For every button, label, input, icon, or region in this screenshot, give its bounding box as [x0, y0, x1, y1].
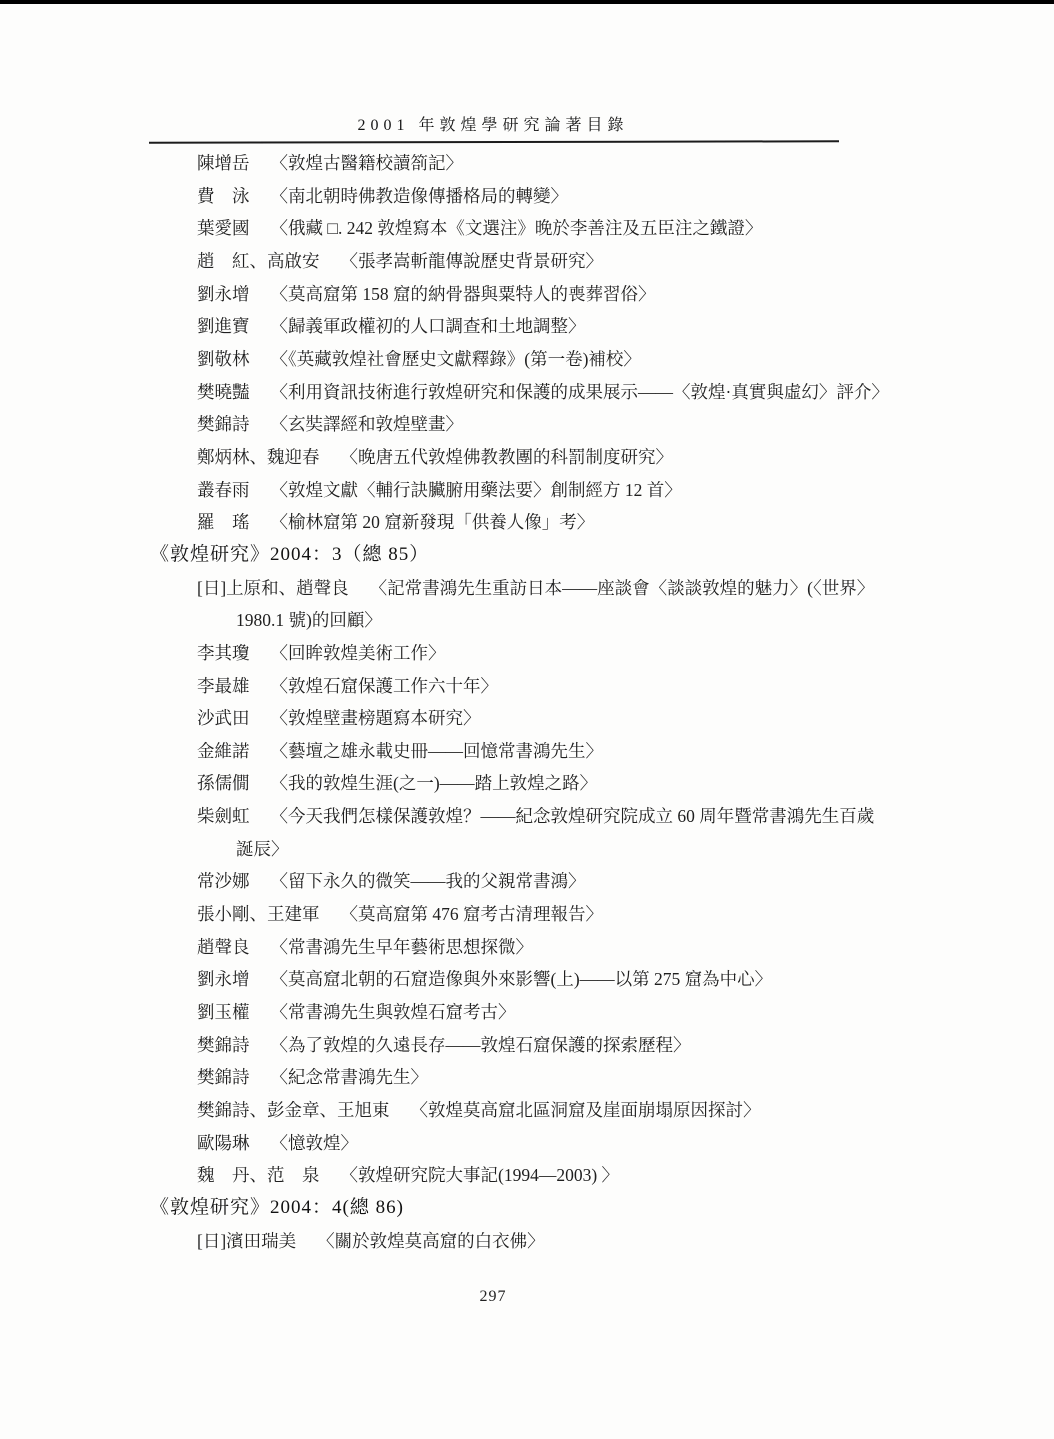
entry-title: 〈《英藏敦煌社會歷史文獻釋錄》(第一卷)補校〉 [271, 349, 641, 369]
bibliography-entry: 陳增岳〈敦煌古醫籍校讀箚記〉 [0, 147, 1054, 180]
bibliography-entry: 劉永增〈莫高窟第 158 窟的納骨器與粟特人的喪葬習俗〉 [0, 278, 1054, 311]
entry-author: 歐陽琳 [197, 1133, 250, 1153]
bibliography-entry: 樊錦詩〈紀念常書鴻先生〉 [0, 1061, 1054, 1094]
bibliography-entry: 李其瓊〈回眸敦煌美術工作〉 [0, 637, 1054, 670]
entry-author: 羅 瑤 [197, 512, 250, 532]
entry-title: 〈敦煌石窟保護工作六十年〉 [271, 676, 499, 696]
entry-author: 鄭炳林、魏迎春 [197, 447, 320, 467]
bibliography-entry: 張小剛、王建軍〈莫高窟第 476 窟考古清理報告〉 [0, 898, 1054, 931]
bibliography-entry: 叢春雨〈敦煌文獻〈輔行訣臟腑用藥法要〉創制經方 12 首〉 [0, 474, 1054, 507]
entry-title: 〈南北朝時佛教造像傳播格局的轉變〉 [271, 186, 569, 206]
entry-author: 叢春雨 [197, 480, 250, 500]
bibliography-entry: 魏 丹、范 泉〈敦煌研究院大事記(1994—2003) 〉 [0, 1159, 1054, 1192]
entry-title: 〈莫高窟第 476 窟考古清理報告〉 [341, 904, 604, 924]
entry-author: 趙 紅、高啟安 [197, 251, 320, 271]
journal-issue-heading: 《敦煌研究》2004：3（總 85） [0, 539, 1054, 572]
entry-title: 〈常書鴻先生早年藝術思想探微〉 [271, 937, 534, 957]
entry-title: 〈俄藏 □. 242 敦煌寫本《文選注》晚於李善注及五臣注之鐵證〉 [271, 218, 763, 238]
entry-author: 葉愛國 [197, 218, 250, 238]
title-rule [149, 140, 839, 143]
entry-title: 〈紀念常書鴻先生〉 [271, 1067, 429, 1087]
bibliography-entry: 劉進寶〈歸義軍政權初的人口調查和土地調整〉 [0, 310, 1054, 343]
entry-title: 〈敦煌古醫籍校讀箚記〉 [271, 153, 464, 173]
entry-title: 〈關於敦煌莫高窟的白衣佛〉 [317, 1231, 545, 1251]
bibliography-entry: [日]濱田瑞美〈關於敦煌莫高窟的白衣佛〉 [0, 1225, 1054, 1258]
bibliography-entry: 趙 紅、高啟安〈張孝嵩斬龍傳說歷史背景研究〉 [0, 245, 1054, 278]
entry-author: 樊錦詩、彭金章、王旭東 [197, 1100, 390, 1120]
entry-author: 劉玉權 [197, 1002, 250, 1022]
bibliography-entry: 柴劍虹〈今天我們怎樣保護敦煌？——紀念敦煌研究院成立 60 周年暨常書鴻先生百歲 [0, 800, 1054, 833]
entry-author: 柴劍虹 [197, 806, 250, 826]
entry-title: 〈為了敦煌的久遠長存——敦煌石窟保護的探索歷程〉 [271, 1035, 691, 1055]
bibliography-entry: 劉敬林〈《英藏敦煌社會歷史文獻釋錄》(第一卷)補校〉 [0, 343, 1054, 376]
entry-continuation: 1980.1 號)的回顧〉 [0, 604, 1054, 637]
entry-author: [日]濱田瑞美 [197, 1231, 296, 1251]
entry-title: 〈敦煌文獻〈輔行訣臟腑用藥法要〉創制經方 12 首〉 [271, 480, 682, 500]
entry-author: 李最雄 [197, 676, 250, 696]
entry-author: [日]上原和、趙聲良 [197, 578, 349, 598]
entry-title: 〈利用資訊技術進行敦煌研究和保護的成果展示——〈敦煌·真實與虛幻〉評介〉 [271, 382, 889, 402]
entry-title: 〈榆林窟第 20 窟新發現「供養人像」考〉 [271, 512, 595, 532]
entry-title: 〈留下永久的微笑——我的父親常書鴻〉 [271, 871, 586, 891]
bibliography-entry: 金維諾〈藝壇之雄永載史冊——回憶常書鴻先生〉 [0, 735, 1054, 768]
bibliography-entry: 葉愛國〈俄藏 □. 242 敦煌寫本《文選注》晚於李善注及五臣注之鐵證〉 [0, 212, 1054, 245]
entry-title: 〈我的敦煌生涯(之一)——踏上敦煌之路〉 [271, 773, 598, 793]
page-title: 2001 年敦煌學研究論著目錄 [0, 112, 986, 135]
entry-title: 〈晚唐五代敦煌佛教教團的科罰制度研究〉 [341, 447, 674, 467]
entry-author: 樊曉豔 [197, 382, 250, 402]
entry-author: 劉永增 [197, 969, 250, 989]
journal-issue-heading: 《敦煌研究》2004：4(總 86) [0, 1192, 1054, 1225]
entry-author: 樊錦詩 [197, 414, 250, 434]
entry-title: 〈莫高窟第 158 窟的納骨器與粟特人的喪葬習俗〉 [271, 284, 656, 304]
entry-author: 沙武田 [197, 708, 250, 728]
page-number: 297 [0, 1288, 986, 1306]
entry-author: 樊錦詩 [197, 1035, 250, 1055]
bibliography-entry: 常沙娜〈留下永久的微笑——我的父親常書鴻〉 [0, 865, 1054, 898]
entry-title: 〈張孝嵩斬龍傳說歷史背景研究〉 [341, 251, 604, 271]
entry-title: 〈敦煌研究院大事記(1994—2003) 〉 [341, 1165, 620, 1185]
entry-title: 〈莫高窟北朝的石窟造像與外來影響(上)——以第 275 窟為中心〉 [271, 969, 773, 989]
entry-author: 劉永增 [197, 284, 250, 304]
entry-title: 〈常書鴻先生與敦煌石窟考古〉 [271, 1002, 516, 1022]
entry-author: 金維諾 [197, 741, 250, 761]
entry-author: 劉敬林 [197, 349, 250, 369]
bibliography-entry: 沙武田〈敦煌壁畫榜題寫本研究〉 [0, 702, 1054, 735]
entry-title: 〈歸義軍政權初的人口調查和土地調整〉 [271, 316, 586, 336]
bibliography-entry: 劉永增〈莫高窟北朝的石窟造像與外來影響(上)——以第 275 窟為中心〉 [0, 963, 1054, 996]
bibliography-entry: [日]上原和、趙聲良〈記常書鴻先生重訪日本——座談會〈談談敦煌的魅力〉(〈世界〉 [0, 572, 1054, 605]
bibliography-entry: 孫儒僩〈我的敦煌生涯(之一)——踏上敦煌之路〉 [0, 767, 1054, 800]
bibliography-entry: 鄭炳林、魏迎春〈晚唐五代敦煌佛教教團的科罰制度研究〉 [0, 441, 1054, 474]
bibliography: 陳增岳〈敦煌古醫籍校讀箚記〉費 泳〈南北朝時佛教造像傳播格局的轉變〉葉愛國〈俄藏… [0, 147, 1054, 1257]
entry-author: 魏 丹、范 泉 [197, 1165, 320, 1185]
entry-continuation: 誕辰〉 [0, 833, 1054, 866]
entry-author: 張小剛、王建軍 [197, 904, 320, 924]
entry-title: 〈今天我們怎樣保護敦煌？——紀念敦煌研究院成立 60 周年暨常書鴻先生百歲 [271, 806, 875, 826]
entry-title: 〈玄奘譯經和敦煌壁畫〉 [271, 414, 464, 434]
bibliography-entry: 李最雄〈敦煌石窟保護工作六十年〉 [0, 670, 1054, 703]
entry-title: 〈回眸敦煌美術工作〉 [271, 643, 446, 663]
bibliography-entry: 樊曉豔〈利用資訊技術進行敦煌研究和保護的成果展示——〈敦煌·真實與虛幻〉評介〉 [0, 376, 1054, 409]
bibliography-entry: 羅 瑤〈榆林窟第 20 窟新發現「供養人像」考〉 [0, 506, 1054, 539]
entry-author: 常沙娜 [197, 871, 250, 891]
entry-author: 樊錦詩 [197, 1067, 250, 1087]
entry-title: 〈藝壇之雄永載史冊——回憶常書鴻先生〉 [271, 741, 604, 761]
page-top-border [0, 0, 1054, 4]
bibliography-entry: 趙聲良〈常書鴻先生早年藝術思想探微〉 [0, 931, 1054, 964]
bibliography-entry: 劉玉權〈常書鴻先生與敦煌石窟考古〉 [0, 996, 1054, 1029]
bibliography-entry: 樊錦詩〈玄奘譯經和敦煌壁畫〉 [0, 408, 1054, 441]
entry-title: 〈記常書鴻先生重訪日本——座談會〈談談敦煌的魅力〉(〈世界〉 [370, 578, 875, 598]
entry-author: 孫儒僩 [197, 773, 250, 793]
entry-author: 趙聲良 [197, 937, 250, 957]
bibliography-entry: 費 泳〈南北朝時佛教造像傳播格局的轉變〉 [0, 180, 1054, 213]
entry-author: 陳增岳 [197, 153, 250, 173]
entry-title: 〈憶敦煌〉 [271, 1133, 359, 1153]
entry-title: 〈敦煌莫高窟北區洞窟及崖面崩塌原因探討〉 [411, 1100, 761, 1120]
entry-title: 〈敦煌壁畫榜題寫本研究〉 [271, 708, 481, 728]
entry-author: 費 泳 [197, 186, 250, 206]
bibliography-entry: 樊錦詩〈為了敦煌的久遠長存——敦煌石窟保護的探索歷程〉 [0, 1029, 1054, 1062]
entry-author: 李其瓊 [197, 643, 250, 663]
bibliography-entry: 歐陽琳〈憶敦煌〉 [0, 1127, 1054, 1160]
bibliography-entry: 樊錦詩、彭金章、王旭東〈敦煌莫高窟北區洞窟及崖面崩塌原因探討〉 [0, 1094, 1054, 1127]
entry-author: 劉進寶 [197, 316, 250, 336]
